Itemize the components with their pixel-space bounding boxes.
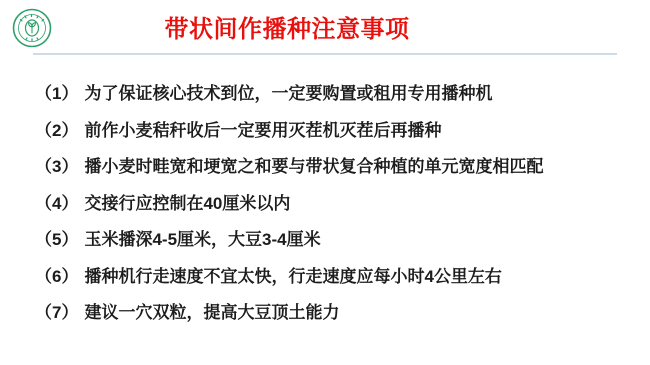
list-item: （7） 建议一穴双粒，提高大豆顶土能力 [35,303,630,323]
item-number: （2） [35,121,78,141]
slide: 带状间作播种注意事项 （1） 为了保证核心技术到位，一定要购置或租用专用播种机 … [0,0,650,365]
slide-header: 带状间作播种注意事项 [0,0,650,54]
item-text: 前作小麦秸秆收后一定要用灭茬机灭茬后再播种 [84,121,441,141]
list-item: （6） 播种机行走速度不宜太快，行走速度应每小时4公里左右 [35,267,630,287]
list-item: （4） 交接行应控制在40厘米以内 [35,194,630,214]
item-text: 建议一穴双粒，提高大豆顶土能力 [84,303,339,323]
item-number: （1） [35,84,78,104]
notes-list: （1） 为了保证核心技术到位，一定要购置或租用专用播种机 （2） 前作小麦秸秆收… [35,84,630,340]
item-text: 播小麦时畦宽和埂宽之和要与带状复合种植的单元宽度相匹配 [84,157,543,177]
list-item: （2） 前作小麦秸秆收后一定要用灭茬机灭茬后再播种 [35,121,630,141]
item-number: （7） [35,303,78,323]
item-number: （4） [35,194,78,214]
header-divider [33,53,617,55]
item-text: 交接行应控制在40厘米以内 [84,194,290,214]
item-text: 播种机行走速度不宜太快，行走速度应每小时4公里左右 [84,267,501,287]
item-number: （5） [35,230,78,250]
list-item: （5） 玉米播深4-5厘米，大豆3-4厘米 [35,230,630,250]
item-number: （3） [35,157,78,177]
page-title: 带状间作播种注意事项 [0,14,574,46]
list-item: （1） 为了保证核心技术到位，一定要购置或租用专用播种机 [35,84,630,104]
item-text: 玉米播深4-5厘米，大豆3-4厘米 [84,230,320,250]
list-item: （3） 播小麦时畦宽和埂宽之和要与带状复合种植的单元宽度相匹配 [35,157,630,177]
item-text: 为了保证核心技术到位，一定要购置或租用专用播种机 [84,84,492,104]
item-number: （6） [35,267,78,287]
